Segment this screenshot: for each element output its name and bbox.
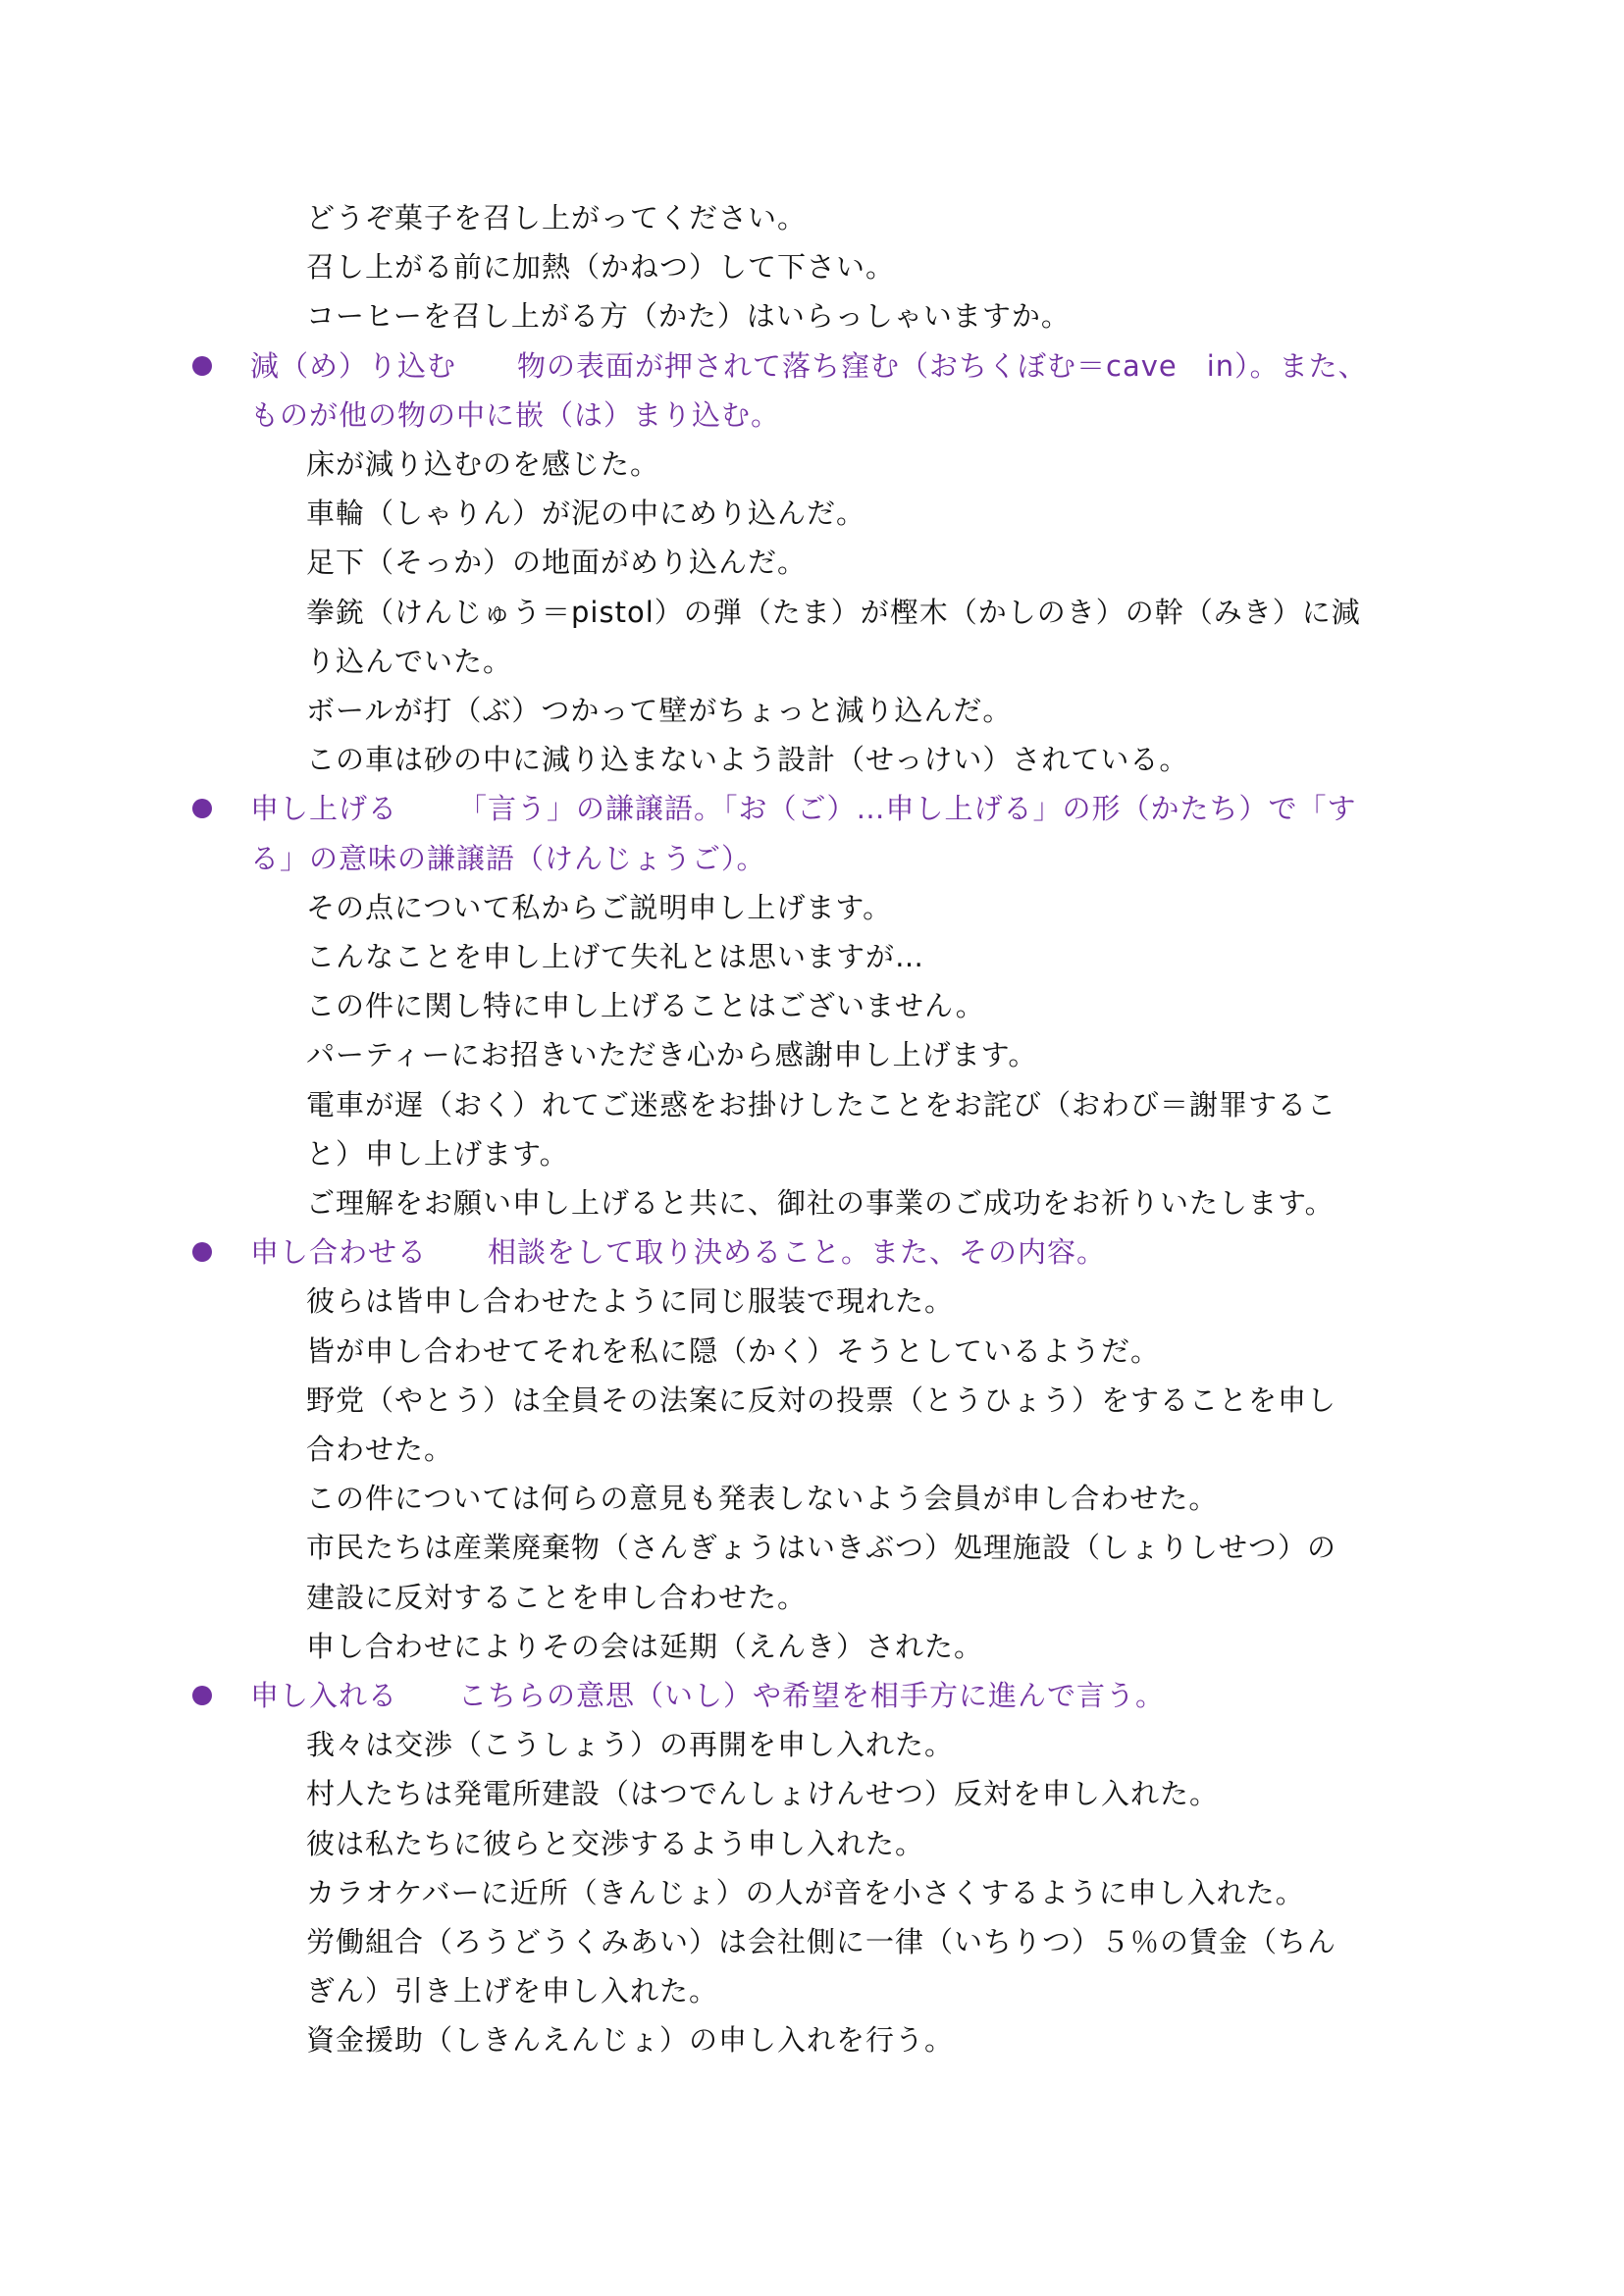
example-sentence: ご理解をお願い申し上げると共に、御社の事業のご成功をお祈りいたします。 (306, 1178, 1335, 1227)
example-sentence: 皆が申し合わせてそれを私に隠（かく）そうとしているようだ。 (306, 1327, 1160, 1376)
example-sentence: 野党（やとう）は全員その法案に反対の投票（とうひょう）をすることを申し (306, 1376, 1336, 1425)
example-sentence: 労働組合（ろうどうくみあい）は会社側に一律（いちりつ）５％の賃金（ちん (306, 1917, 1336, 1966)
example-sentence: 彼は私たちに彼らと交渉するよう申し入れた。 (306, 1819, 924, 1868)
entry-definition: 「言う」の謙譲語。「お（ご）…申し上げる」の形（かたち）で「す (458, 792, 1357, 825)
example-sentence: コーヒーを召し上がる方（かた）はいらっしゃいますか。 (306, 291, 1071, 340)
example-sentence: 車輪（しゃりん）が泥の中にめり込んだ。 (306, 489, 865, 538)
example-sentence: ボールが打（ぶ）つかって壁がちょっと減り込んだ。 (306, 686, 1012, 735)
example-sentence: と）申し上げます。 (306, 1129, 569, 1178)
bullet-icon (192, 1242, 212, 1262)
entry-heading: 申し入れるこちらの意思（いし）や希望を相手方に進んで言う。 (250, 1671, 1165, 1720)
example-sentence: 合わせた。 (306, 1425, 453, 1474)
example-sentence: カラオケバーに近所（きんじょ）の人が音を小さくするように申し入れた。 (306, 1868, 1305, 1917)
entry-term: 申し入れる (250, 1679, 397, 1712)
example-sentence: 我々は交渉（こうしょう）の再開を申し入れた。 (306, 1720, 954, 1769)
entry-definition: こちらの意思（いし）や希望を相手方に進んで言う。 (458, 1679, 1165, 1712)
example-sentence: こんなことを申し上げて失礼とは思いますが… (306, 932, 924, 981)
bullet-icon (192, 1686, 212, 1705)
entry-heading: 申し合わせる相談をして取り決めること。また、その内容。 (250, 1227, 1106, 1277)
entry-heading: 減（め）り込む物の表面が押されて落ち窪む（おちくぼむ＝cave in）。また、 (250, 341, 1368, 391)
definition-continuation: ものが他の物の中に嵌（は）まり込む。 (250, 391, 780, 440)
bullet-icon (192, 356, 212, 376)
entry-term: 申し合わせる (250, 1235, 427, 1269)
example-sentence: 建設に反対することを申し合わせた。 (306, 1573, 807, 1622)
example-sentence: 電車が遅（おく）れてご迷惑をお掛けしたことをお詫び（おわび＝謝罪するこ (306, 1080, 1336, 1129)
example-sentence: 拳銃（けんじゅう＝pistol）の弾（たま）が樫木（かしのき）の幹（みき）に減 (306, 588, 1361, 637)
example-sentence: り込んでいた。 (306, 637, 512, 686)
example-sentence: 市民たちは産業廃棄物（さんぎょうはいきぶつ）処理施設（しょりしせつ）の (306, 1523, 1336, 1572)
example-sentence: 足下（そっか）の地面がめり込んだ。 (306, 538, 807, 587)
example-sentence: 召し上がる前に加熱（かねつ）して下さい。 (306, 242, 895, 291)
entry-heading: 申し上げる「言う」の謙譲語。「お（ご）…申し上げる」の形（かたち）で「す (250, 784, 1357, 833)
example-sentence: その点について私からご説明申し上げます。 (306, 883, 892, 932)
example-sentence: 申し合わせによりその会は延期（えんき）された。 (306, 1622, 983, 1671)
example-sentence: どうぞ菓子を召し上がってください。 (306, 193, 807, 242)
entry-definition: 相談をして取り決めること。また、その内容。 (488, 1235, 1106, 1269)
entry-term: 減（め）り込む (250, 349, 456, 383)
example-sentence: この件については何らの意見も発表しないよう会員が申し合わせた。 (306, 1474, 1218, 1523)
entry-term: 申し上げる (250, 792, 397, 825)
document-page: どうぞ菓子を召し上がってください。召し上がる前に加熱（かねつ）して下さい。コーヒ… (0, 0, 1624, 2296)
example-sentence: 床が減り込むのを感じた。 (306, 440, 659, 489)
example-sentence: 彼らは皆申し合わせたように同じ服装で現れた。 (306, 1277, 954, 1326)
example-sentence: 村人たちは発電所建設（はつでんしょけんせつ）反対を申し入れた。 (306, 1769, 1219, 1818)
example-sentence: パーティーにお招きいただき心から感謝申し上げます。 (306, 1030, 1037, 1079)
entry-definition: 物の表面が押されて落ち窪む（おちくぼむ＝cave in）。また、 (517, 349, 1368, 383)
definition-continuation: る」の意味の謙譲語（けんじょうご）。 (250, 834, 766, 883)
example-sentence: ぎん）引き上げを申し入れた。 (306, 1966, 718, 2015)
example-sentence: この件に関し特に申し上げることはございません。 (306, 981, 985, 1030)
example-sentence: この車は砂の中に減り込まないよう設計（せっけい）されている。 (306, 735, 1188, 784)
example-sentence: 資金援助（しきんえんじょ）の申し入れを行う。 (306, 2015, 954, 2064)
bullet-icon (192, 799, 212, 818)
